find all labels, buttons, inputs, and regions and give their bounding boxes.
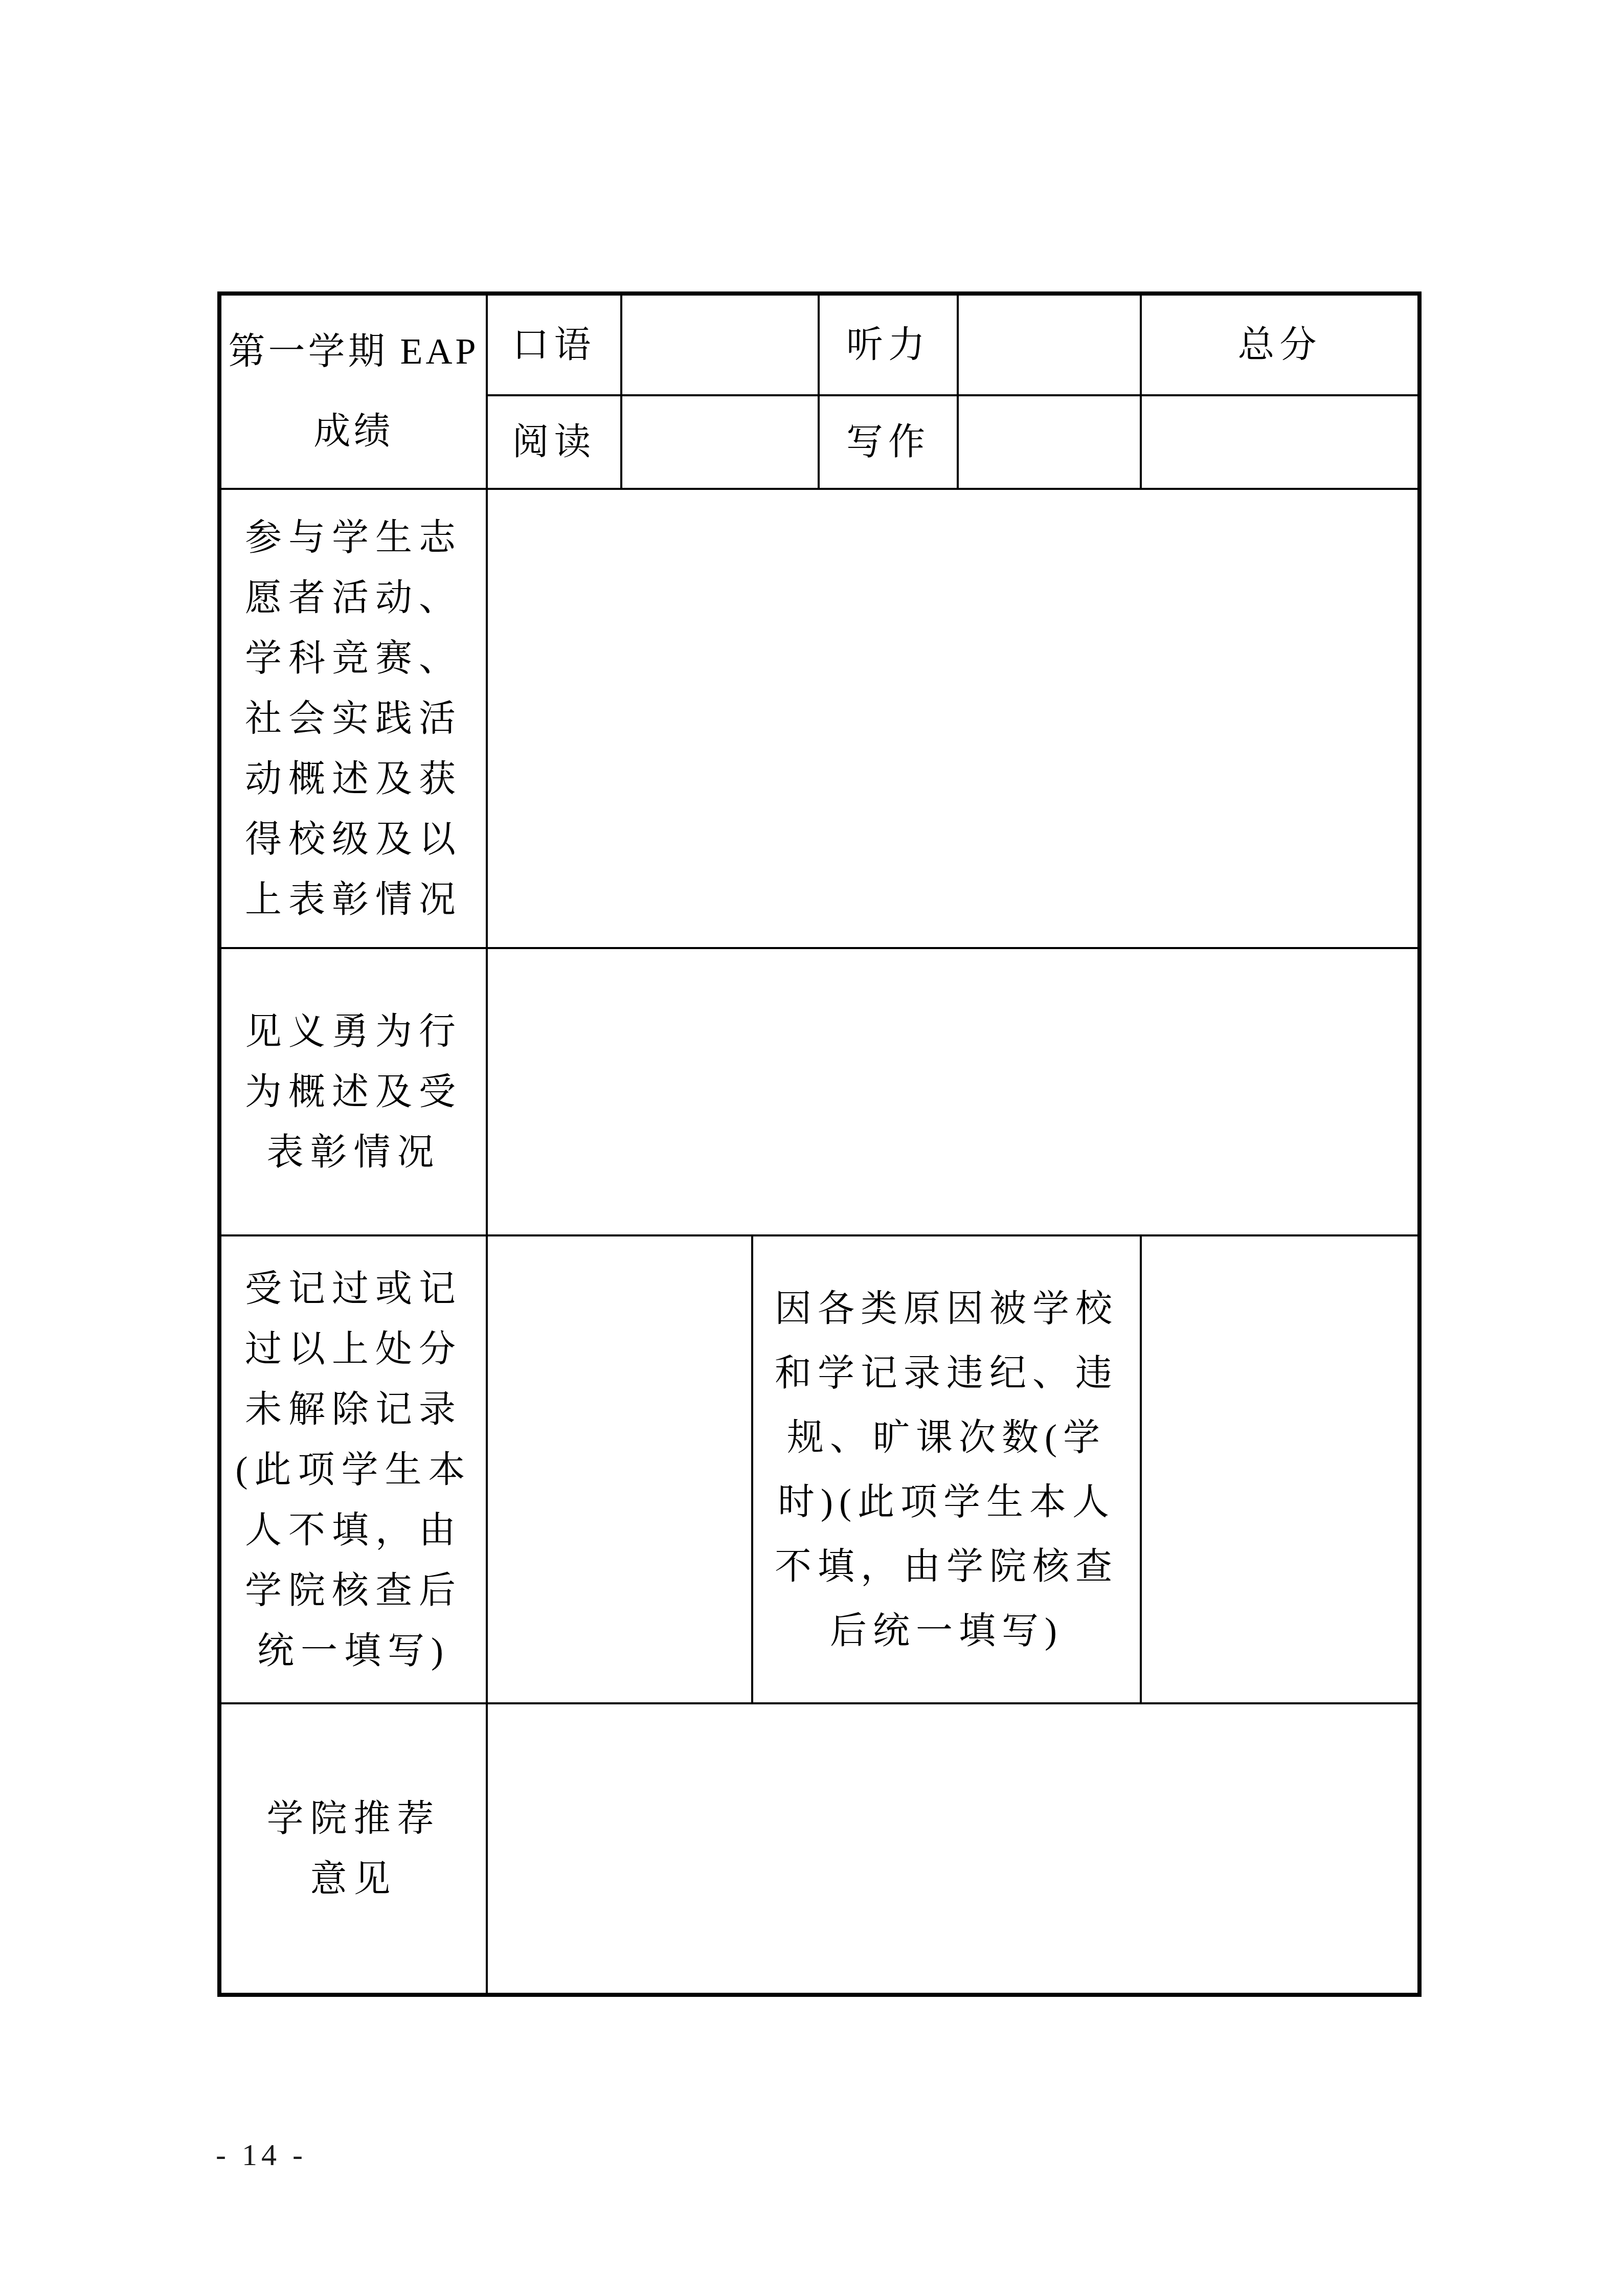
- total-score-label: 总分: [1141, 295, 1418, 395]
- discipline-label: 受记过或记 过以上处分 未解除记录 (此项学生本 人不填，由 学院核查后 统一填…: [220, 1235, 487, 1703]
- violation-value-field[interactable]: [1141, 1235, 1418, 1703]
- eap-semester-line2: 成绩: [313, 408, 393, 456]
- activities-content-field[interactable]: [487, 489, 1418, 948]
- writing-score-field[interactable]: [958, 395, 1141, 489]
- eap-semester-line1: 第一学期 EAP: [228, 328, 479, 376]
- speaking-label: 口语: [487, 295, 621, 395]
- bravery-content-field[interactable]: [487, 948, 1418, 1235]
- recommendation-content-field[interactable]: [487, 1703, 1418, 1994]
- reading-score-field[interactable]: [621, 395, 819, 489]
- reading-label: 阅读: [487, 395, 621, 489]
- speaking-score-field[interactable]: [621, 295, 819, 395]
- violation-label: 因各类原因被学校 和学记录违纪、违 规、旷课次数(学 时)(此项学生本人 不填，…: [752, 1235, 1141, 1703]
- listening-score-field[interactable]: [958, 295, 1141, 395]
- eap-form-table: 第一学期 EAP 成绩 口语 听力 总分 阅读 写作 参与学生志 愿者活动、 学…: [217, 291, 1422, 1997]
- listening-label: 听力: [819, 295, 958, 395]
- total-score-field[interactable]: [1141, 395, 1418, 489]
- discipline-value-field[interactable]: [487, 1235, 752, 1703]
- document-page: 第一学期 EAP 成绩 口语 听力 总分 阅读 写作 参与学生志 愿者活动、 学…: [0, 0, 1623, 2296]
- writing-label: 写作: [819, 395, 958, 489]
- bravery-label: 见义勇为行 为概述及受 表彰情况: [220, 948, 487, 1235]
- recommendation-label: 学院推荐 意见: [220, 1703, 487, 1994]
- eap-semester-label-cell: 第一学期 EAP 成绩: [220, 295, 487, 489]
- page-number: - 14 -: [216, 2137, 307, 2173]
- activities-label: 参与学生志 愿者活动、 学科竞赛、 社会实践活 动概述及获 得校级及以 上表彰情…: [220, 489, 487, 948]
